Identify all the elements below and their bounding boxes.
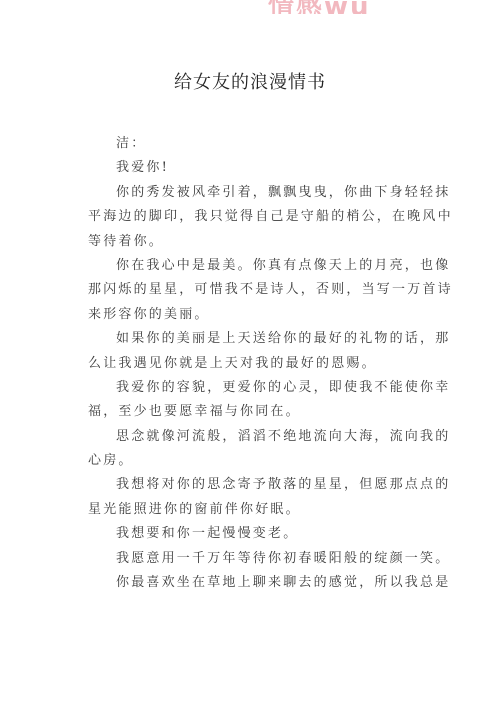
text-line: 福，至少也要愿幸福与你同在。 bbox=[88, 400, 414, 424]
text-line: 星光能照进你的窗前伴你好眠。 bbox=[88, 498, 414, 522]
text-line: 洁： bbox=[88, 132, 414, 156]
letter-body: 洁： 我爱你! 你的秀发被风牵引着，飘飘曳曳，你曲下身轻轻抹 平海边的脚印，我只… bbox=[88, 132, 414, 595]
text-line: 你的秀发被风牵引着，飘飘曳曳，你曲下身轻轻抹 bbox=[88, 181, 414, 205]
text-line: 我爱你的容貌，更爱你的心灵，即使我不能使你幸 bbox=[88, 376, 414, 400]
text-line: 如果你的美丽是上天送给你的最好的礼物的话，那 bbox=[88, 327, 414, 351]
text-line: 我愿意用一千万年等待你初春暖阳般的绽颜一笑。 bbox=[88, 547, 414, 571]
document-title: 给女友的浪漫情书 bbox=[0, 68, 500, 94]
text-line: 思念就像河流般，滔滔不绝地流向大海，流向我的 bbox=[88, 425, 414, 449]
text-line: 你最喜欢坐在草地上聊来聊去的感觉，所以我总是 bbox=[88, 571, 414, 595]
text-line: 你在我心中是最美。你真有点像天上的月亮，也像 bbox=[88, 254, 414, 278]
text-line: 来形容你的美丽。 bbox=[88, 303, 414, 327]
text-line: 那闪烁的星星，可惜我不是诗人，否则，当写一万首诗 bbox=[88, 278, 414, 302]
text-line: 么让我遇见你就是上天对我的最好的恩赐。 bbox=[88, 352, 414, 376]
watermark: 情感wu bbox=[268, 0, 428, 14]
text-line: 心房。 bbox=[88, 449, 414, 473]
text-line: 平海边的脚印，我只觉得自己是守船的梢公，在晚风中 bbox=[88, 205, 414, 229]
text-line: 我想将对你的思念寄予散落的星星，但愿那点点的 bbox=[88, 473, 414, 497]
text-line: 我爱你! bbox=[88, 156, 414, 180]
text-line: 等待着你。 bbox=[88, 230, 414, 254]
text-line: 我想要和你一起慢慢变老。 bbox=[88, 522, 414, 546]
